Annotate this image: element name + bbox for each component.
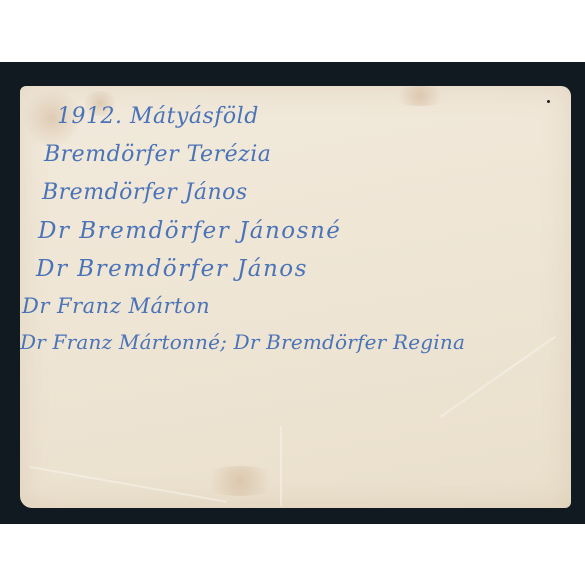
handwritten-name-line: Dr Bremdörfer János xyxy=(36,256,308,282)
photo-card-back: 1912. Mátyásföld Bremdörfer Terézia Brem… xyxy=(20,86,571,508)
paper-crease xyxy=(30,466,227,503)
handwritten-name-line: Dr Bremdörfer Jánosné xyxy=(38,218,341,244)
age-stain xyxy=(390,86,450,106)
handwritten-name-line: Bremdörfer János xyxy=(42,180,248,205)
handwritten-name-line: Dr Franz Mártonné; Dr Bremdörfer Regina xyxy=(20,330,465,354)
age-stain xyxy=(200,466,280,496)
paper-crease xyxy=(280,426,282,506)
handwritten-name-line: Bremdörfer Terézia xyxy=(44,142,271,167)
handwritten-name-line: Dr Franz Márton xyxy=(22,294,210,318)
handwritten-date-place: 1912. Mátyásföld xyxy=(57,104,259,129)
pinhole xyxy=(547,100,550,103)
